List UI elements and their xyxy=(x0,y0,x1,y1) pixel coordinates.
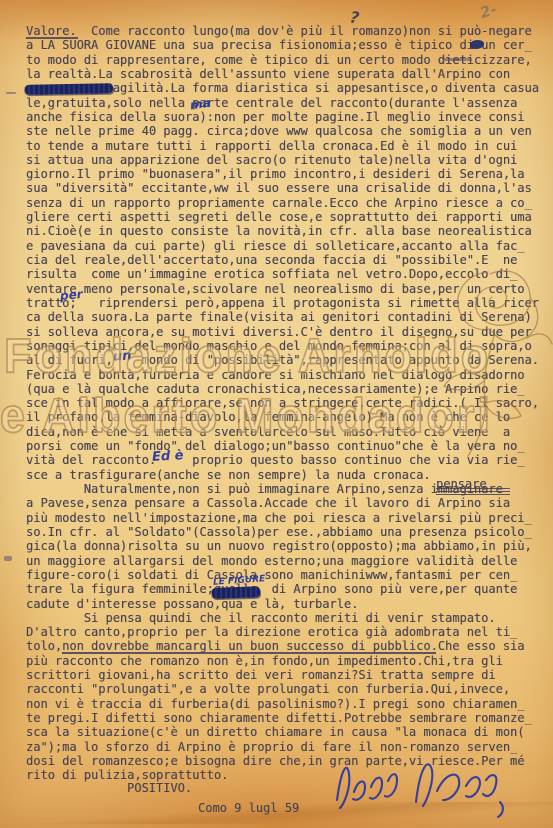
text-line: sua "diversità" eccitante,ww il suo esse… xyxy=(26,181,539,195)
text-line: sca la situazione(c'è un diretto chiamar… xyxy=(26,725,539,739)
text-line: racconti "prolungati",e a volte prolunga… xyxy=(26,682,539,696)
text-line: tratto; riprendersi però,appena il prota… xyxy=(26,296,539,310)
text-line: Naturalmente,non si può immaginare Arpin… xyxy=(26,482,539,496)
text-line: sce in tal modo a affiorare,se non a str… xyxy=(26,396,539,410)
text-line: il profano,la femmina-diavolo,la femmina… xyxy=(26,410,539,424)
text-line: te pregi.I difetti sono chiaramente dife… xyxy=(26,711,539,725)
text-line: a Pavese,senza pensare a Cassola.Accade … xyxy=(26,496,539,510)
text-line: to modo di rappresentare, come è tipico … xyxy=(26,53,539,67)
text-line: (qua e là qualche caduta cronachistica,n… xyxy=(26,382,539,396)
text-line: Ferocia e bontà,furberia e candore si mi… xyxy=(26,368,539,382)
text-line: le,gratuita,solo nella parte centrale de… xyxy=(26,96,539,110)
text-line: più racconto che romanzo non è,in fondo,… xyxy=(26,654,539,668)
text-line: vità del racconto. proprio questo basso … xyxy=(26,453,539,467)
text-line: si solleva ancora,e su motivi diversi.C'… xyxy=(26,325,539,339)
text-line: cia del reale,dell'accertato,una seconda… xyxy=(26,253,539,267)
text-line: Si pensa quindi che il racconto meriti d… xyxy=(26,611,539,625)
handwritten-note: 2- xyxy=(478,0,499,22)
text-line: ste nelle prime 40 pagg. circa;dove www … xyxy=(26,124,539,138)
text-line: figure-coro(i soldati di Cassola sono ma… xyxy=(26,568,539,582)
dateline-text: Como 9 lugl 59 xyxy=(198,801,299,815)
verdict-text: POSITIVO. xyxy=(127,781,192,795)
text-line: e pavesiana da cui parte) gli riesce di … xyxy=(26,239,539,253)
text-line: sonaggi tipici,del mondo maschio e del m… xyxy=(26,339,539,353)
text-line: ni.Cioè(e in questo consiste la novità,i… xyxy=(26,224,539,238)
text-line: al di fuori, mondo di "possibilità",rapp… xyxy=(26,353,539,367)
text-line: gliere certi aspetti segreti delle cose,… xyxy=(26,210,539,224)
text-line: si attua una apparizione del sacro(o rit… xyxy=(26,153,539,167)
text-line: dica,non è che si metta a sventolarcelo … xyxy=(26,425,539,439)
scanned-document-page: Valore. Come racconto lungo(ma dov'è più… xyxy=(0,0,553,828)
text-line: non vi è traccia di furberia(di pasolini… xyxy=(26,697,539,711)
text-line: senza di un rapporto propriamente carnal… xyxy=(26,196,539,210)
text-line: la realtà.La scabrosità dell'assunto vie… xyxy=(26,67,539,81)
text-line: D'altro canto,proprio per la direzione e… xyxy=(26,625,539,639)
text-line: scrittori giovani,ha scritto dei veri ro… xyxy=(26,668,539,682)
signature xyxy=(330,750,508,822)
text-line: gica(la donna)risolta su un nuovo regist… xyxy=(26,539,539,553)
text-line: più modesto nell'impostazione,ma che poi… xyxy=(26,511,539,525)
text-line: agilità.La forma diaristica si appesanti… xyxy=(26,81,539,95)
text-line: ca della suora.La parte finale(visita ai… xyxy=(26,310,539,324)
text-line: Valore. Come racconto lungo(ma dov'è più… xyxy=(26,24,539,38)
text-line: cadute d'interesse possano,qua e là, tur… xyxy=(26,597,539,611)
text-line: trare la figura femminile;quelle di Arpi… xyxy=(26,582,539,596)
typed-lines: Valore. Come racconto lungo(ma dov'è più… xyxy=(26,24,539,783)
text-line: risulta come un'immagine erotica soffiat… xyxy=(26,267,539,281)
text-line: giorno.Il primo "buonasera",il primo inc… xyxy=(26,167,539,181)
smudge-mark xyxy=(4,556,12,561)
text-line: to tende a mutare tutti i rapporti della… xyxy=(26,139,539,153)
smudge-mark xyxy=(6,92,16,94)
text-line: tolo,non dovrebbe mancargli un buon succ… xyxy=(26,639,539,653)
text-line: sce a trasfigurare(anche se non sempre) … xyxy=(26,468,539,482)
text-line: so.In cfr. al "Soldato"(Cassola)per ese.… xyxy=(26,525,539,539)
text-line: anche fisica della suora):non per molte … xyxy=(26,110,539,124)
text-line: a LA SUORA GIOVANE una sua precisa fisio… xyxy=(26,38,539,52)
text-line: ventare meno personale,scivolare nel neo… xyxy=(26,282,539,296)
text-line: un maggiore allargarsi del mondo esterno… xyxy=(26,554,539,568)
text-line: porsi come un "fondo" del dialogo;un"bas… xyxy=(26,439,539,453)
